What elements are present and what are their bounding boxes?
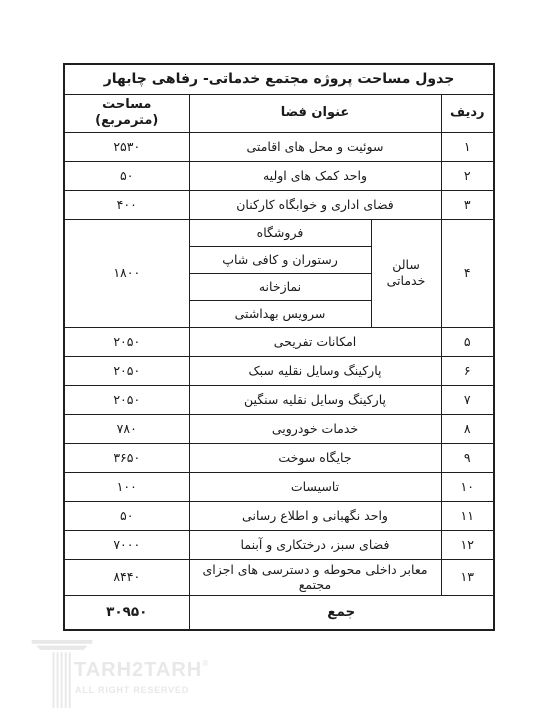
table-row: ۷ پارکینگ وسایل نقلیه سنگین ۲۰۵۰ — [64, 385, 494, 414]
table-row: ۱ سوئیت و محل های اقامتی ۲۵۳۰ — [64, 132, 494, 161]
table-row: ۵ امکانات تفریحی ۲۰۵۰ — [64, 327, 494, 356]
header-row-number: ردیف — [441, 95, 494, 133]
area-value-cell: ۷۰۰۰ — [64, 530, 189, 559]
row-number-cell: ۸ — [441, 414, 494, 443]
space-title-cell: سوئیت و محل های اقامتی — [189, 132, 441, 161]
space-title-cell: امکانات تفریحی — [189, 327, 441, 356]
space-title-cell: پارکینگ وسایل نقلیه سبک — [189, 356, 441, 385]
row-number-cell: ۵ — [441, 327, 494, 356]
row-number-cell: ۹ — [441, 443, 494, 472]
area-value-cell: ۴۰۰ — [64, 190, 189, 219]
space-subitem-cell: سرویس بهداشتی — [189, 300, 371, 327]
table-row: ۲ واحد کمک های اولیه ۵۰ — [64, 161, 494, 190]
row-number-cell: ۱۰ — [441, 472, 494, 501]
row-number-cell: ۶ — [441, 356, 494, 385]
registered-mark-icon: ® — [202, 659, 208, 668]
space-title-cell: تاسیسات — [189, 472, 441, 501]
space-subitem-cell: رستوران و کافی شاپ — [189, 246, 371, 273]
space-title-cell: فضای اداری و خوابگاه کارکنان — [189, 190, 441, 219]
table-row: ۹ جایگاه سوخت ۳۶۵۰ — [64, 443, 494, 472]
row-number-cell: ۱۱ — [441, 501, 494, 530]
row-number-cell: ۲ — [441, 161, 494, 190]
space-subitem-cell: نمازخانه — [189, 273, 371, 300]
area-value-cell: ۲۵۳۰ — [64, 132, 189, 161]
row-number-cell: ۷ — [441, 385, 494, 414]
area-value-cell: ۵۰ — [64, 161, 189, 190]
space-title-cell: معابر داخلی محوطه و دسترسی های اجزای مجت… — [189, 559, 441, 595]
row-number-cell: ۳ — [441, 190, 494, 219]
row-number-cell: ۴ — [441, 219, 494, 327]
space-title-cell: واحد نگهبانی و اطلاع رسانی — [189, 501, 441, 530]
space-title-cell: پارکینگ وسایل نقلیه سنگین — [189, 385, 441, 414]
document-page: جدول مساحت پروژه مجتمع خدماتی- رفاهی چاب… — [0, 0, 556, 720]
area-value-cell: ۸۴۴۰ — [64, 559, 189, 595]
table-row-group: ۴ سالن خدماتی فروشگاه ۱۸۰۰ — [64, 219, 494, 246]
space-title-cell: جایگاه سوخت — [189, 443, 441, 472]
table-row: ۱۰ تاسیسات ۱۰۰ — [64, 472, 494, 501]
area-value-cell: ۲۰۵۰ — [64, 327, 189, 356]
table-row: ۱۱ واحد نگهبانی و اطلاع رسانی ۵۰ — [64, 501, 494, 530]
brand-name: TARH2TARH — [74, 659, 202, 681]
table-row: ۶ پارکینگ وسایل نقلیه سبک ۲۰۵۰ — [64, 356, 494, 385]
header-area: مساحت (مترمربع) — [64, 95, 189, 133]
table-row: ۱۲ فضای سبز، درختکاری و آبنما ۷۰۰۰ — [64, 530, 494, 559]
area-value-cell: ۵۰ — [64, 501, 189, 530]
row-number-cell: ۱۲ — [441, 530, 494, 559]
total-label-cell: جمع — [189, 595, 494, 630]
space-title-cell: فضای سبز، درختکاری و آبنما — [189, 530, 441, 559]
row-number-cell: ۱ — [441, 132, 494, 161]
table-row: ۸ خدمات خودرویی ۷۸۰ — [64, 414, 494, 443]
area-value-cell: ۲۰۵۰ — [64, 356, 189, 385]
space-title-cell: خدمات خودرویی — [189, 414, 441, 443]
area-value-cell: ۱۸۰۰ — [64, 219, 189, 327]
watermark-logo: TARH2TARH® ALL RIGHT RESERVED — [30, 638, 210, 716]
header-space-title: عنوان فضا — [189, 95, 441, 133]
table-row: ۳ فضای اداری و خوابگاه کارکنان ۴۰۰ — [64, 190, 494, 219]
area-value-cell: ۲۰۵۰ — [64, 385, 189, 414]
brand-text: TARH2TARH® — [74, 659, 208, 682]
space-subitem-cell: فروشگاه — [189, 219, 371, 246]
tagline-text: ALL RIGHT RESERVED — [75, 685, 189, 695]
area-table: جدول مساحت پروژه مجتمع خدماتی- رفاهی چاب… — [63, 63, 495, 631]
area-value-cell: ۳۶۵۰ — [64, 443, 189, 472]
table-title: جدول مساحت پروژه مجتمع خدماتی- رفاهی چاب… — [64, 64, 494, 95]
table-row: ۱۳ معابر داخلی محوطه و دسترسی های اجزای … — [64, 559, 494, 595]
space-group-cell: سالن خدماتی — [371, 219, 441, 327]
area-value-cell: ۱۰۰ — [64, 472, 189, 501]
total-row: جمع ۳۰۹۵۰ — [64, 595, 494, 630]
total-area-cell: ۳۰۹۵۰ — [64, 595, 189, 630]
row-number-cell: ۱۳ — [441, 559, 494, 595]
space-title-cell: واحد کمک های اولیه — [189, 161, 441, 190]
area-value-cell: ۷۸۰ — [64, 414, 189, 443]
